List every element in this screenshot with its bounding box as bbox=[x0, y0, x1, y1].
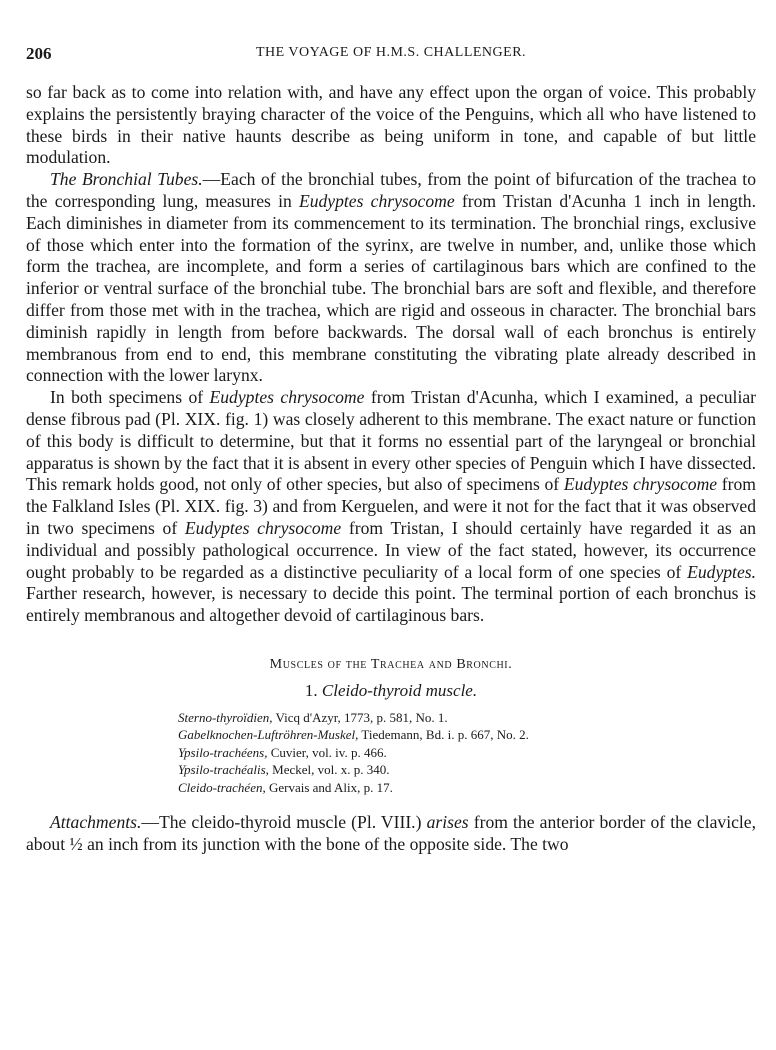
italic-text: Eudyptes chrysocome bbox=[299, 191, 455, 211]
running-title: THE VOYAGE OF H.M.S. CHALLENGER. bbox=[26, 45, 756, 61]
synonym-entry: Ypsilo-trachéens, Cuvier, vol. iv. p. 46… bbox=[26, 744, 756, 762]
subsection-title: Cleido-thyroid muscle. bbox=[322, 681, 477, 700]
paragraph-bronchial-tubes: The Bronchial Tubes.—Each of the bronchi… bbox=[26, 169, 756, 387]
italic-text: Attachments. bbox=[50, 812, 141, 832]
italic-text: Eudyptes chrysocome bbox=[185, 518, 341, 538]
italic-text: arises bbox=[427, 812, 469, 832]
italic-text: Eudyptes. bbox=[687, 562, 756, 582]
paragraph-attachments: Attachments.—The cleido-thyroid muscle (… bbox=[26, 812, 756, 856]
body-text: In both specimens of bbox=[50, 387, 210, 407]
synonym-entry: Gabelknochen-Luftröhren-Muskel, Tiedeman… bbox=[26, 726, 756, 744]
section-heading: Muscles of the Trachea and Bronchi. bbox=[26, 657, 756, 673]
subsection-number: 1. bbox=[305, 681, 318, 700]
italic-text: Eudyptes chrysocome bbox=[564, 474, 717, 494]
synonymy-list: Sterno-thyroïdien, Vicq d'Azyr, 1773, p.… bbox=[26, 709, 756, 797]
synonym-entry: Sterno-thyroïdien, Vicq d'Azyr, 1773, p.… bbox=[26, 709, 756, 727]
synonym-entry: Cleido-trachéen, Gervais and Alix, p. 17… bbox=[26, 779, 756, 797]
italic-text: Eudyptes chrysocome bbox=[210, 387, 365, 407]
book-page: 206 THE VOYAGE OF H.M.S. CHALLENGER. so … bbox=[0, 0, 776, 1050]
body-text: —The cleido-thyroid muscle (Pl. VIII.) bbox=[141, 812, 426, 832]
paragraph-fibrous-pad: In both specimens of Eudyptes chrysocome… bbox=[26, 387, 756, 627]
page-body: so far back as to come into relation wit… bbox=[26, 82, 756, 856]
body-text: from Tristan d'Acunha 1 inch in length. … bbox=[26, 191, 756, 385]
italic-text: The Bronchial Tubes. bbox=[50, 169, 203, 189]
body-text: Farther research, however, is necessary … bbox=[26, 583, 756, 625]
running-head: 206 THE VOYAGE OF H.M.S. CHALLENGER. bbox=[26, 44, 756, 66]
subsection-heading: 1. Cleido-thyroid muscle. bbox=[26, 681, 756, 701]
body-text: so far back as to come into relation wit… bbox=[26, 82, 756, 167]
paragraph-voice: so far back as to come into relation wit… bbox=[26, 82, 756, 169]
synonym-entry: Ypsilo-trachéalis, Meckel, vol. x. p. 34… bbox=[26, 761, 756, 779]
